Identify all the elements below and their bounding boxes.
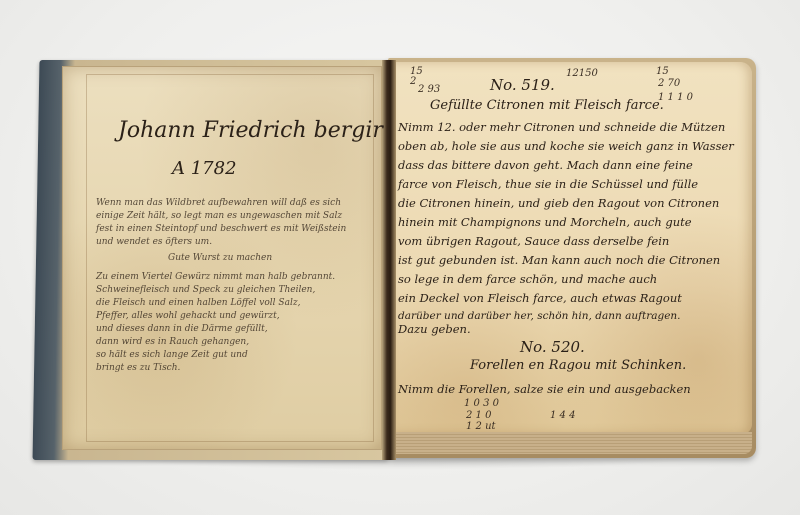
left-line: so hält es sich lange Zeit gut und bbox=[96, 350, 248, 360]
tally: 1 2 ut bbox=[466, 421, 496, 432]
recipe-line: vom übrigen Ragout, Sauce dass derselbe … bbox=[398, 234, 669, 248]
recipe-line: ist gut gebunden ist. Man kann auch noch… bbox=[398, 253, 720, 267]
recipe-line: Nimm 12. oder mehr Citronen und schneide… bbox=[398, 120, 725, 134]
margin-number: 2 93 bbox=[418, 84, 440, 95]
left-line: die Fleisch und einen halben Löffel voll… bbox=[96, 298, 300, 308]
recipe-line: dass das bittere davon geht. Mach dann e… bbox=[398, 158, 693, 172]
recipe-line: hinein mit Champignons und Morcheln, auc… bbox=[398, 215, 692, 229]
left-line: fest in einen Steintopf und beschwert es… bbox=[96, 224, 346, 234]
recipe-line: oben ab, hole sie aus und koche sie weic… bbox=[398, 139, 734, 153]
recipe-number: No. 519. bbox=[490, 76, 555, 94]
left-line: Zu einem Viertel Gewürz nimmt man halb g… bbox=[96, 272, 335, 282]
recipe-line: Dazu geben. bbox=[398, 322, 471, 336]
right-page bbox=[392, 62, 752, 434]
recipe-number: No. 520. bbox=[520, 338, 585, 356]
recipe-line: farce von Fleisch, thue sie in die Schüs… bbox=[398, 177, 698, 191]
left-line: und wendet es öfters um. bbox=[96, 237, 212, 247]
book-spine bbox=[382, 60, 396, 460]
page-edges bbox=[392, 432, 752, 454]
left-line: Wenn man das Wildbret aufbewahren will d… bbox=[96, 198, 341, 208]
left-line: Schweinefleisch und Speck zu gleichen Th… bbox=[96, 285, 315, 295]
left-line: einige Zeit hält, so legt man es ungewas… bbox=[96, 211, 342, 221]
tally: 1 0 3 0 bbox=[464, 398, 499, 409]
recipe-line: so lege in dem farce schön, und mache au… bbox=[398, 272, 657, 286]
margin-number: 2 70 bbox=[658, 78, 680, 89]
margin-number: 12150 bbox=[566, 68, 598, 79]
recipe-line: darüber und darüber her, schön hin, dann… bbox=[398, 310, 681, 322]
margin-number: 15 bbox=[656, 66, 669, 77]
left-line: dann wird es in Rauch gehangen, bbox=[96, 337, 249, 347]
tally: 2 1 0 bbox=[466, 410, 491, 421]
left-line: und dieses dann in die Därme gefüllt, bbox=[96, 324, 268, 334]
recipe-line: Nimm die Forellen, salze sie ein und aus… bbox=[398, 382, 691, 396]
left-line: bringt es zu Tisch. bbox=[96, 363, 180, 373]
recipe-title: Gefüllte Citronen mit Fleisch farce. bbox=[430, 98, 664, 113]
left-line: Pfeffer, alles wohl gehackt und gewürzt, bbox=[96, 311, 280, 321]
recipe-line: die Citronen hinein, und gieb den Ragout… bbox=[398, 196, 719, 210]
recipe-title: Forellen en Ragou mit Schinken. bbox=[470, 358, 686, 373]
left-subheading: Gute Wurst zu machen bbox=[168, 253, 272, 263]
inscription-year: A 1782 bbox=[172, 158, 237, 179]
tally: 1 4 4 bbox=[550, 410, 575, 421]
margin-number: 2 bbox=[410, 76, 416, 87]
recipe-line: ein Deckel von Fleisch farce, auch etwas… bbox=[398, 291, 682, 305]
owner-inscription: Johann Friedrich bergir bbox=[118, 118, 383, 143]
